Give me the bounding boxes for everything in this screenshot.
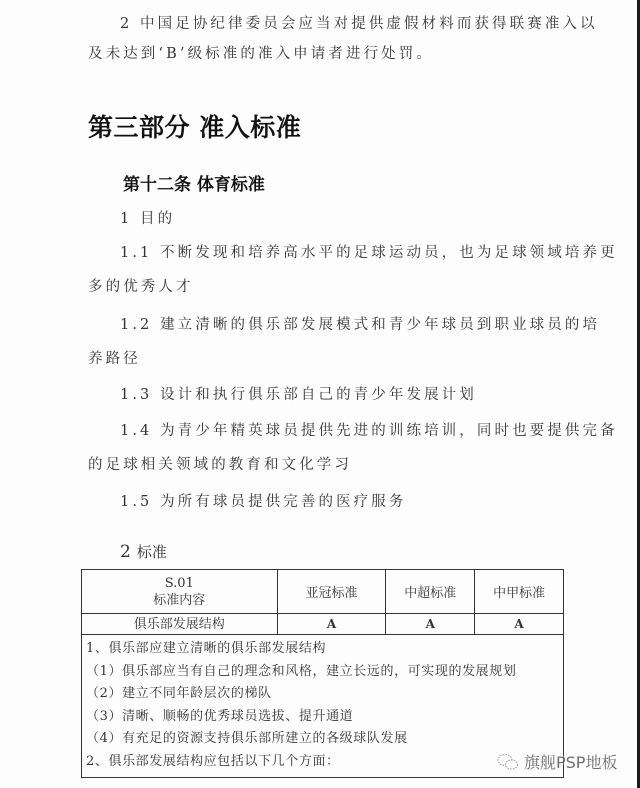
wechat-icon [497,753,519,771]
table-description-row: 1、俱乐部应建立清晰的俱乐部发展结构 （1）俱乐部应当有自己的理念和风格，建立长… [82,635,564,778]
table-header-row: S.01 标准内容 亚冠标准 中超标准 中甲标准 [82,570,564,614]
row-item-name: 俱乐部发展结构 [82,614,278,635]
header-league-one-standard: 中甲标准 [475,570,564,614]
section2-heading: 2标准 [120,541,167,562]
intro-line-1: 2 中国足协纪律委员会应当对提供虚假材料而获得联赛准入以 [120,12,598,33]
description-line: （3）清晰、顺畅的优秀球员选拔、提升通道 [86,706,563,729]
item-1-1-line-2: 多的优秀人才 [88,275,194,296]
header-afc-standard: 亚冠标准 [277,570,386,614]
description-line: 1、俱乐部应建立清晰的俱乐部发展结构 [86,638,563,661]
row-grade-afc: A [277,614,386,635]
watermark-text: 旗舰PSP地板 [524,750,617,773]
row-grade-csl: A [386,614,475,635]
description-cell: 1、俱乐部应建立清晰的俱乐部发展结构 （1）俱乐部应当有自己的理念和风格，建立长… [82,635,564,778]
part-title: 第三部分 准入标准 [88,108,301,144]
table-row: 俱乐部发展结构 A A A [82,614,564,635]
article-title: 第十二条 体育标准 [123,170,265,195]
item-1-1-line-1: 1.1 不断发现和培养高水平的足球运动员，也为足球领域培养更 [120,241,618,262]
intro-line-2: 及未达到‘B’级标准的准入申请者进行处罚。 [88,42,434,63]
row-grade-league-one: A [475,614,564,635]
header-content-cell: S.01 标准内容 [82,570,278,614]
section2-title: 标准 [137,543,167,561]
header-code: S.01 [82,575,277,592]
description-line: 2、俱乐部发展结构应包括以下几个方面： [86,751,563,774]
section1-title: 1 目的 [120,207,175,228]
watermark: 旗舰PSP地板 [497,750,617,773]
description-line: （2）建立不同年龄层次的梯队 [86,683,563,706]
item-1-2-line-2: 养路径 [88,347,141,368]
header-content-label: 标准内容 [82,592,277,609]
description-line: （1）俱乐部应当有自己的理念和风格，建立长远的，可实现的发展规划 [86,661,563,684]
item-1-5: 1.5 为所有球员提供完善的医疗服务 [120,490,406,511]
description-line: （4）有充足的资源支持俱乐部所建立的各级球队发展 [86,728,563,751]
item-1-3: 1.3 设计和执行俱乐部自己的青少年发展计划 [120,383,477,404]
item-1-2-line-1: 1.2 建立清晰的俱乐部发展模式和青少年球员到职业球员的培 [120,313,600,334]
section2-number: 2 [120,542,131,562]
item-1-4-line-2: 的足球相关领域的教育和文化学习 [88,453,352,474]
standards-table: S.01 标准内容 亚冠标准 中超标准 中甲标准 俱乐部发展结构 A A A 1… [81,569,564,778]
item-1-4-line-1: 1.4 为青少年精英球员提供先进的训练培训，同时也要提供完备 [120,419,618,440]
header-csl-standard: 中超标准 [386,570,475,614]
